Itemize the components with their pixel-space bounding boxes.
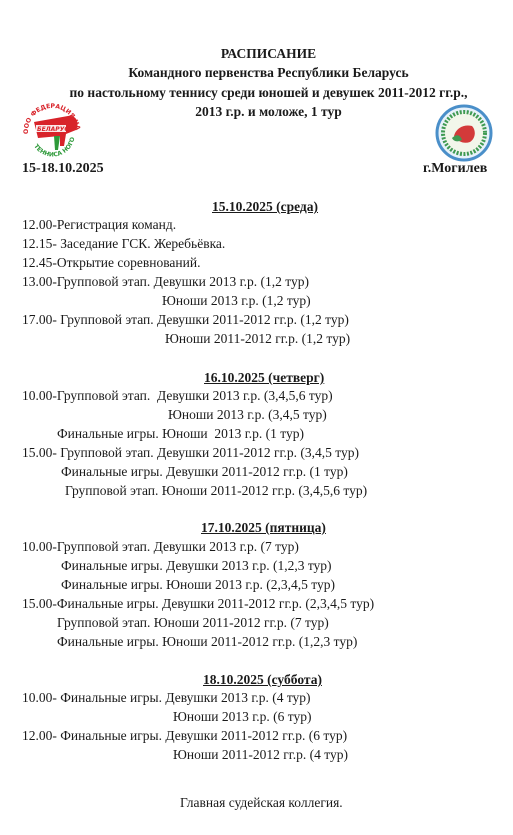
schedule-line: Групповой этап. Юноши 2011-2012 гг.р. (7…	[57, 615, 329, 631]
day-heading: 16.10.2025 (четверг)	[204, 370, 324, 386]
event-city: г.Могилев	[423, 161, 487, 177]
mogilev-region-emblem-icon	[434, 104, 494, 162]
schedule-line: 10.00-Групповой этап. Девушки 2013 г.р. …	[22, 388, 333, 404]
schedule-line: 12.00-Регистрация команд.	[22, 217, 176, 233]
schedule-line: 17.00- Групповой этап. Девушки 2011-2012…	[22, 312, 349, 328]
schedule-line: 12.00- Финальные игры. Девушки 2011-2012…	[22, 728, 347, 744]
schedule-line: Финальные игры. Юноши 2011-2012 гг.р. (1…	[57, 634, 357, 650]
schedule-line: Юноши 2011-2012 гг.р. (1,2 тур)	[165, 331, 350, 347]
schedule-line: Групповой этап. Юноши 2011-2012 гг.р. (3…	[65, 483, 367, 499]
event-dates: 15-18.10.2025	[22, 161, 104, 177]
schedule-line: Юноши 2013 г.р. (6 тур)	[173, 709, 311, 725]
schedule-line: 15.00-Финальные игры. Девушки 2011-2012 …	[22, 596, 374, 612]
document-title: РАСПИСАНИЕ	[0, 46, 513, 62]
schedule-line: Финальные игры. Девушки 2011-2012 гг.р. …	[61, 464, 348, 480]
schedule-line: 15.00- Групповой этап. Девушки 2011-2012…	[22, 445, 359, 461]
subtitle-line-1: Командного первенства Республики Беларус…	[12, 65, 513, 81]
schedule-line: Юноши 2011-2012 гг.р. (4 тур)	[173, 747, 348, 763]
schedule-line: 12.45-Открытие соревнований.	[22, 255, 200, 271]
schedule-line: Финальные игры. Девушки 2013 г.р. (1,2,3…	[61, 558, 332, 574]
schedule-line: 10.00-Групповой этап. Девушки 2013 г.р. …	[22, 539, 299, 555]
footer-signature: Главная судейская коллегия.	[180, 795, 343, 811]
svg-text:БЕЛАРУСЬ: БЕЛАРУСЬ	[37, 126, 74, 133]
schedule-line: 10.00- Финальные игры. Девушки 2013 г.р.…	[22, 690, 311, 706]
schedule-line: Юноши 2013 г.р. (1,2 тур)	[162, 293, 311, 309]
schedule-line: 12.15- Заседание ГСК. Жеребьёвка.	[22, 236, 225, 252]
subtitle-line-2: по настольному теннису среди юношей и де…	[12, 85, 513, 101]
day-heading: 17.10.2025 (пятница)	[201, 520, 326, 536]
day-heading: 15.10.2025 (среда)	[212, 199, 318, 215]
table-tennis-federation-logo-icon: ООО ФЕДЕРАЦИЯ НАСТОЛЬ ТЕННИСА НОГО БЕЛАР…	[20, 100, 84, 162]
schedule-line: 13.00-Групповой этап. Девушки 2013 г.р. …	[22, 274, 309, 290]
day-heading: 18.10.2025 (суббота)	[203, 672, 322, 688]
schedule-line: Юноши 2013 г.р. (3,4,5 тур)	[168, 407, 327, 423]
schedule-line: Финальные игры. Юноши 2013 г.р. (1 тур)	[57, 426, 304, 442]
schedule-line: Финальные игры. Юноши 2013 г.р. (2,3,4,5…	[61, 577, 335, 593]
